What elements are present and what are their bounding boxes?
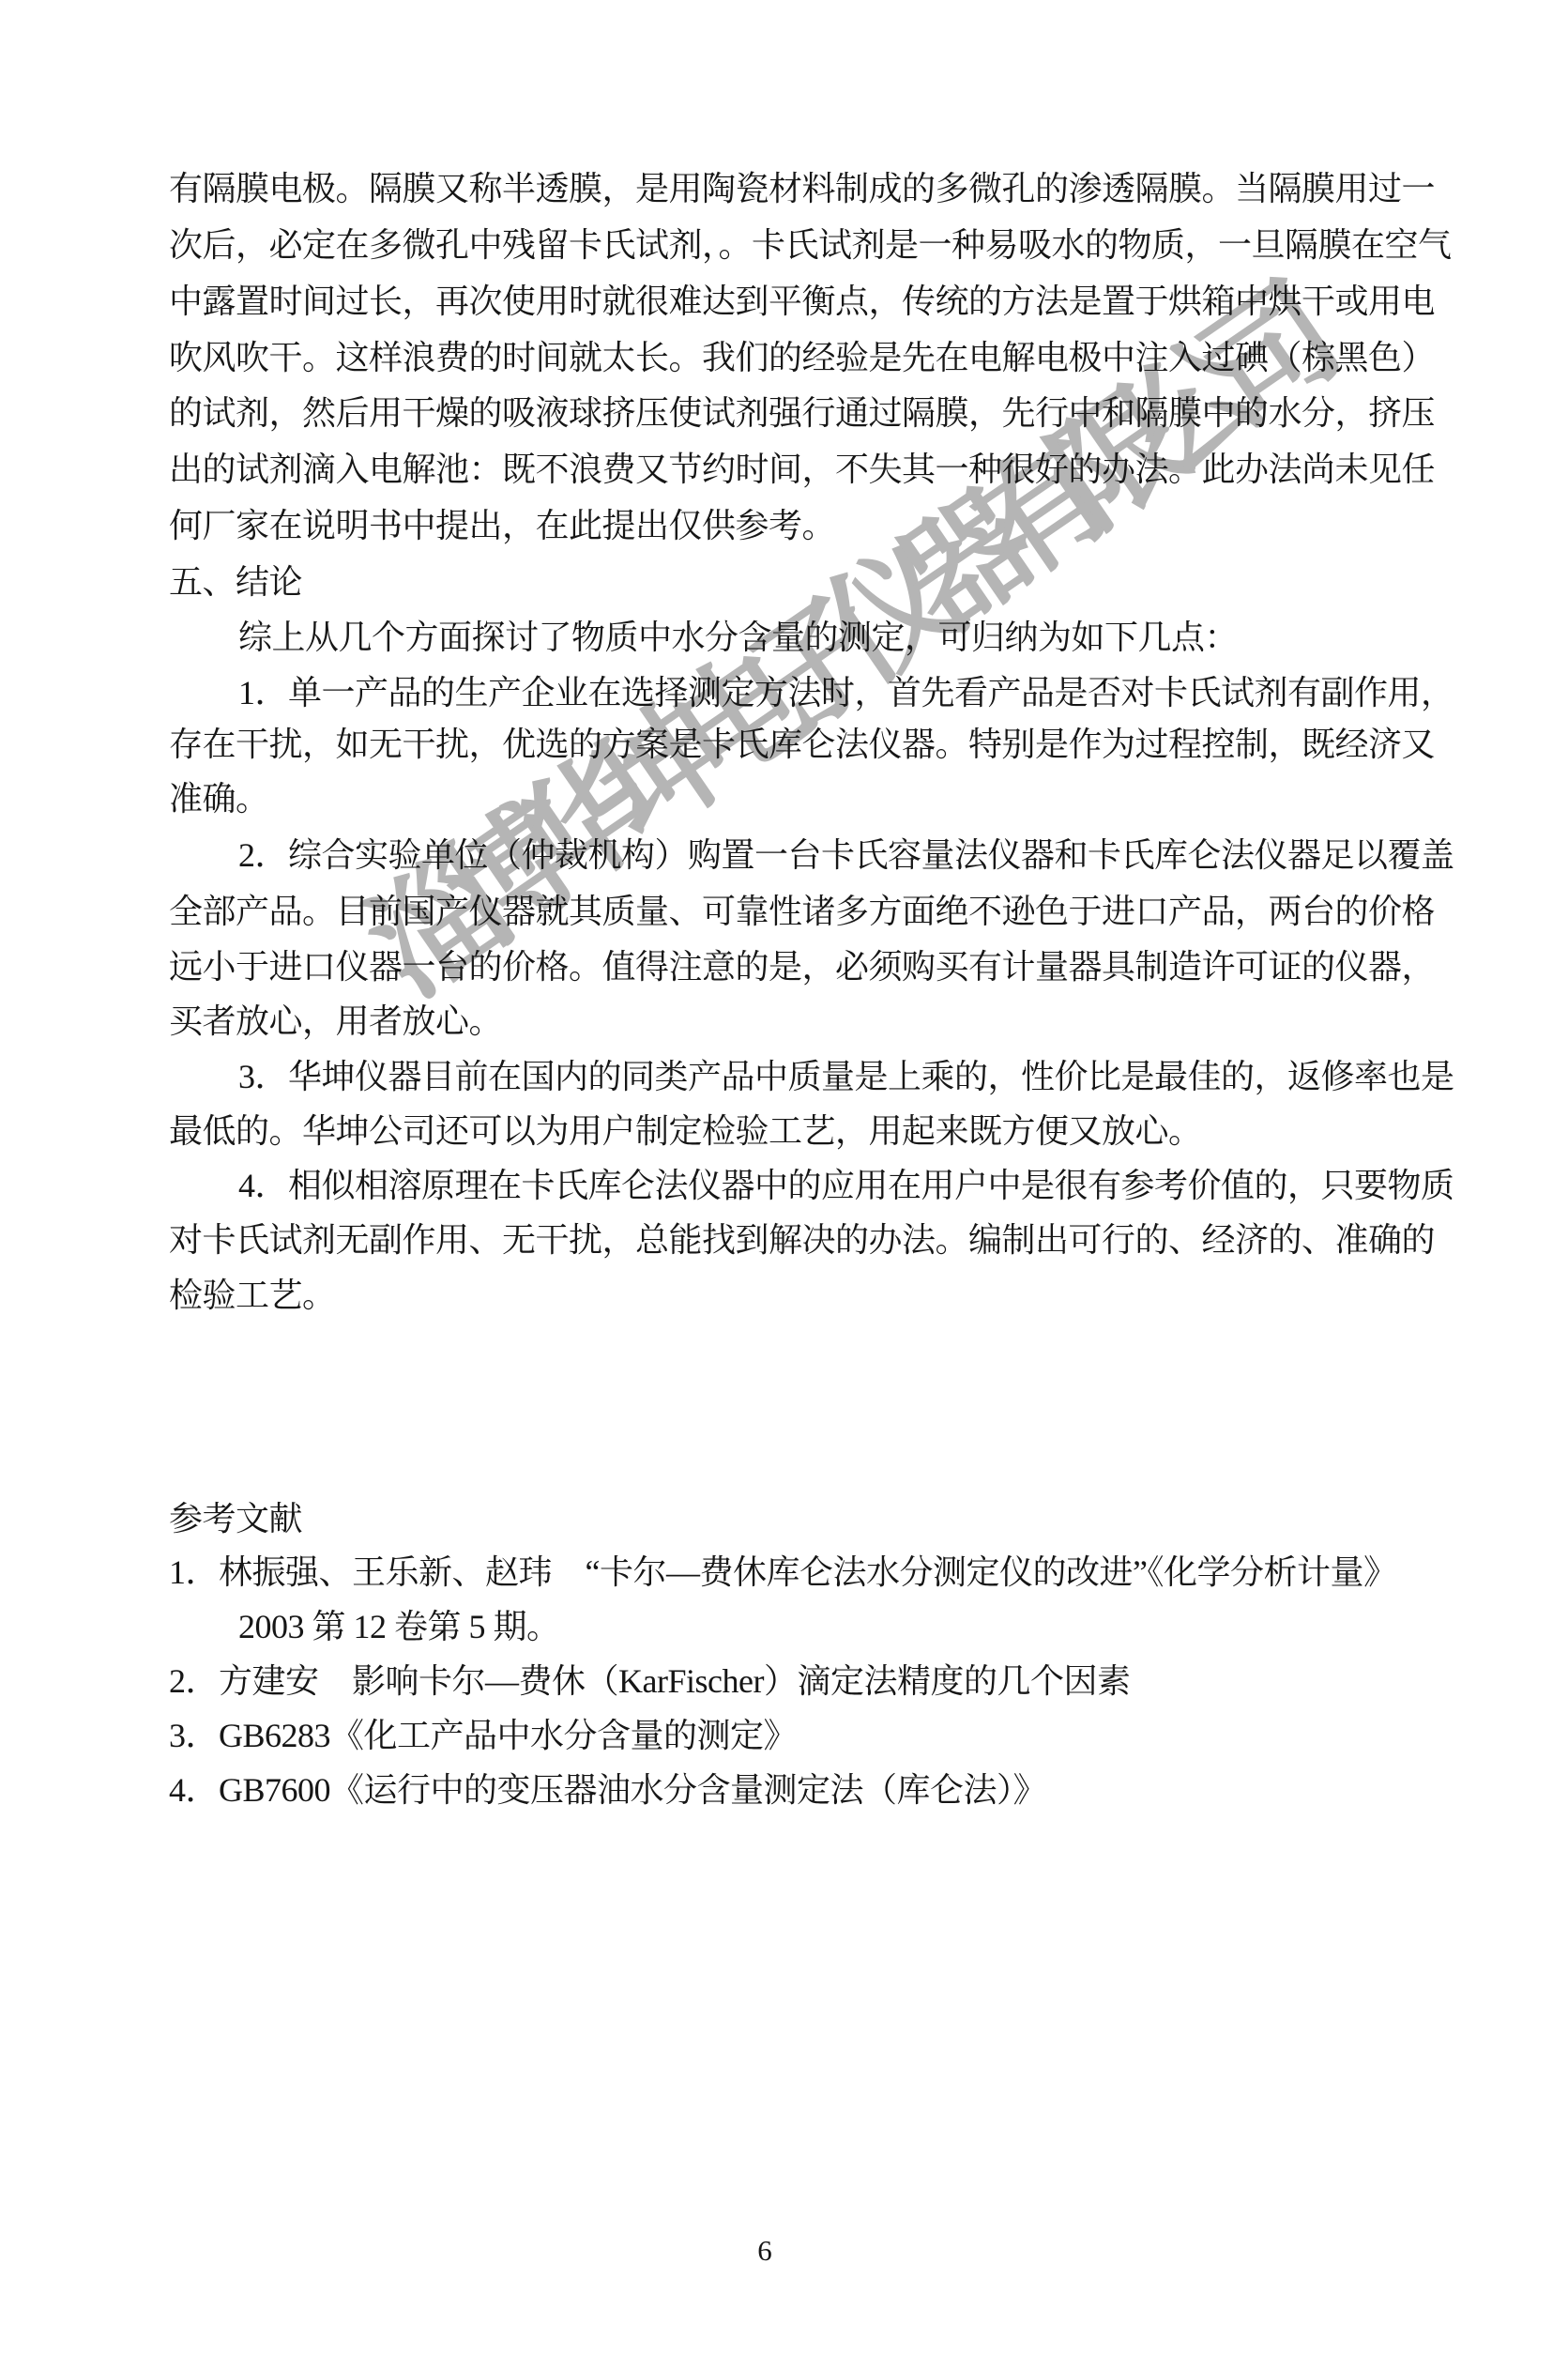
reference-item-line: 2．方建安 影响卡尔—费休（KarFischer）滴定法精度的几个因素 xyxy=(169,1659,1130,1703)
conclusion-intro-line: 综上从几个方面探讨了物质中水分含量的测定，可归纳为如下几点： xyxy=(238,616,1238,659)
conclusion-point-line: 全部产品。目前国产仪器就其质量、可靠性诸多方面绝不逊色于进口产品，两台的价格 xyxy=(169,890,1435,933)
conclusion-point-line: 对卡氏试剂无副作用、无干扰，总能找到解决的办法。编制出可行的、经济的、准确的 xyxy=(169,1218,1435,1262)
reference-item-line: 4．GB7600《运行中的变压器油水分含量测定法（库仑法）》 xyxy=(169,1768,1046,1812)
body-line: 出的试剂滴入电解池：既不浪费又节约时间，不失其一种很好的办法。此办法尚未见任 xyxy=(169,448,1435,491)
body-line: 次后，必定在多微孔中残留卡氏试剂，。卡氏试剂是一种易吸水的物质，一旦隔膜在空气 xyxy=(169,223,1452,267)
conclusion-point-line: 存在干扰，如无干扰，优选的方案是卡氏库仑法仪器。特别是作为过程控制，既经济又 xyxy=(169,723,1435,766)
body-line: 的试剂，然后用干燥的吸液球挤压使试剂强行通过隔膜，先行中和隔膜中的水分，挤压 xyxy=(169,391,1435,435)
page-number: 6 xyxy=(713,2234,816,2268)
body-line: 有隔膜电极。隔膜又称半透膜，是用陶瓷材料制成的多微孔的渗透隔膜。当隔膜用过一 xyxy=(169,167,1435,210)
body-line: 吹风吹干。这样浪费的时间就太长。我们的经验是先在电解电极中注入过碘（棕黑色） xyxy=(169,336,1435,379)
conclusion-point-line: 远小于进口仪器一台的价格。值得注意的是，必须购买有计量器具制造许可证的仪器， xyxy=(169,945,1435,988)
references-heading: 参考文献 xyxy=(169,1497,302,1540)
conclusion-point-line: 买者放心，用者放心。 xyxy=(169,1000,502,1043)
body-line: 中露置时间过长，再次使用时就很难达到平衡点，传统的方法是置于烘箱中烘干或用电 xyxy=(169,280,1435,323)
conclusion-point-line: 准确。 xyxy=(169,777,269,820)
conclusion-point-line: 4．相似相溶原理在卡氏库仑法仪器中的应用在用户中是很有参考价值的，只要物质 xyxy=(238,1164,1454,1207)
reference-item-line: 3．GB6283《化工产品中水分含量的测定》 xyxy=(169,1714,797,1757)
conclusion-point-line: 2．综合实验单位（仲裁机构）购置一台卡氏容量法仪器和卡氏库仑法仪器足以覆盖 xyxy=(238,833,1454,877)
conclusion-point-line: 检验工艺。 xyxy=(169,1274,336,1317)
document-page: 淄博华坤电子仪器有限公司 有隔膜电极。隔膜又称半透膜，是用陶瓷材料制成的多微孔的… xyxy=(0,0,1568,2355)
section-heading-conclusion: 五、结论 xyxy=(169,560,302,604)
body-line: 何厂家在说明书中提出，在此提出仅供参考。 xyxy=(169,504,835,547)
conclusion-point-line: 最低的。华坤公司还可以为用户制定检验工艺，用起来既方便又放心。 xyxy=(169,1109,1202,1153)
reference-item-line: 2003 第 12 卷第 5 期。 xyxy=(238,1605,560,1648)
conclusion-point-line: 3．华坤仪器目前在国内的同类产品中质量是上乘的，性价比是最佳的，返修率也是 xyxy=(238,1055,1454,1098)
reference-item-line: 1．林振强、王乐新、赵玮 “卡尔—费休库仑法水分测定仪的改进”《化学分析计量》 xyxy=(169,1551,1396,1594)
conclusion-point-line: 1．单一产品的生产企业在选择测定方法时，首先看产品是否对卡氏试剂有副作用， xyxy=(238,671,1454,714)
